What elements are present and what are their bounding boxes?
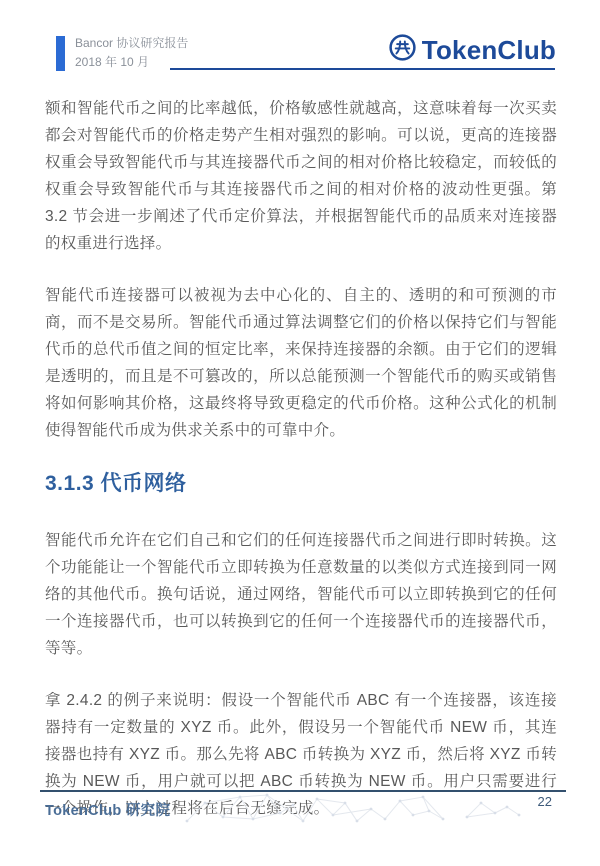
paragraph-1: 额和智能代币之间的比率越低，价格敏感性就越高，这意味着每一次买卖都会对智能代币的…: [45, 95, 557, 257]
header-divider: [170, 68, 555, 70]
tokenclub-coin-icon: [388, 33, 417, 67]
tokenclub-logo-text: TokenClub: [422, 35, 556, 66]
footer-institute: TokenClub 研究院: [45, 799, 170, 820]
report-page: Bancor 协议研究报告 2018 年 10 月 TokenClub 额: [0, 0, 600, 866]
page-number: 22: [538, 794, 552, 809]
footer-divider: [40, 790, 566, 792]
section-heading: 3.1.3 代币网络: [45, 469, 557, 499]
header-meta: Bancor 协议研究报告 2018 年 10 月: [75, 34, 188, 72]
paragraph-2: 智能代币连接器可以被视为去中心化的、自主的、透明的和可预测的市商，而不是交易所。…: [45, 282, 557, 444]
tokenclub-logo: TokenClub: [388, 33, 556, 67]
document-body: 额和智能代币之间的比率越低，价格敏感性就越高，这意味着每一次买卖都会对智能代币的…: [45, 95, 557, 847]
report-title: Bancor 协议研究报告: [75, 34, 188, 53]
paragraph-3: 智能代币允许在它们自己和它们的任何连接器代币之间进行即时转换。这个功能能让一个智…: [45, 527, 557, 662]
header-accent-bar: [56, 36, 65, 71]
constellation-graphic-icon: [185, 793, 525, 836]
